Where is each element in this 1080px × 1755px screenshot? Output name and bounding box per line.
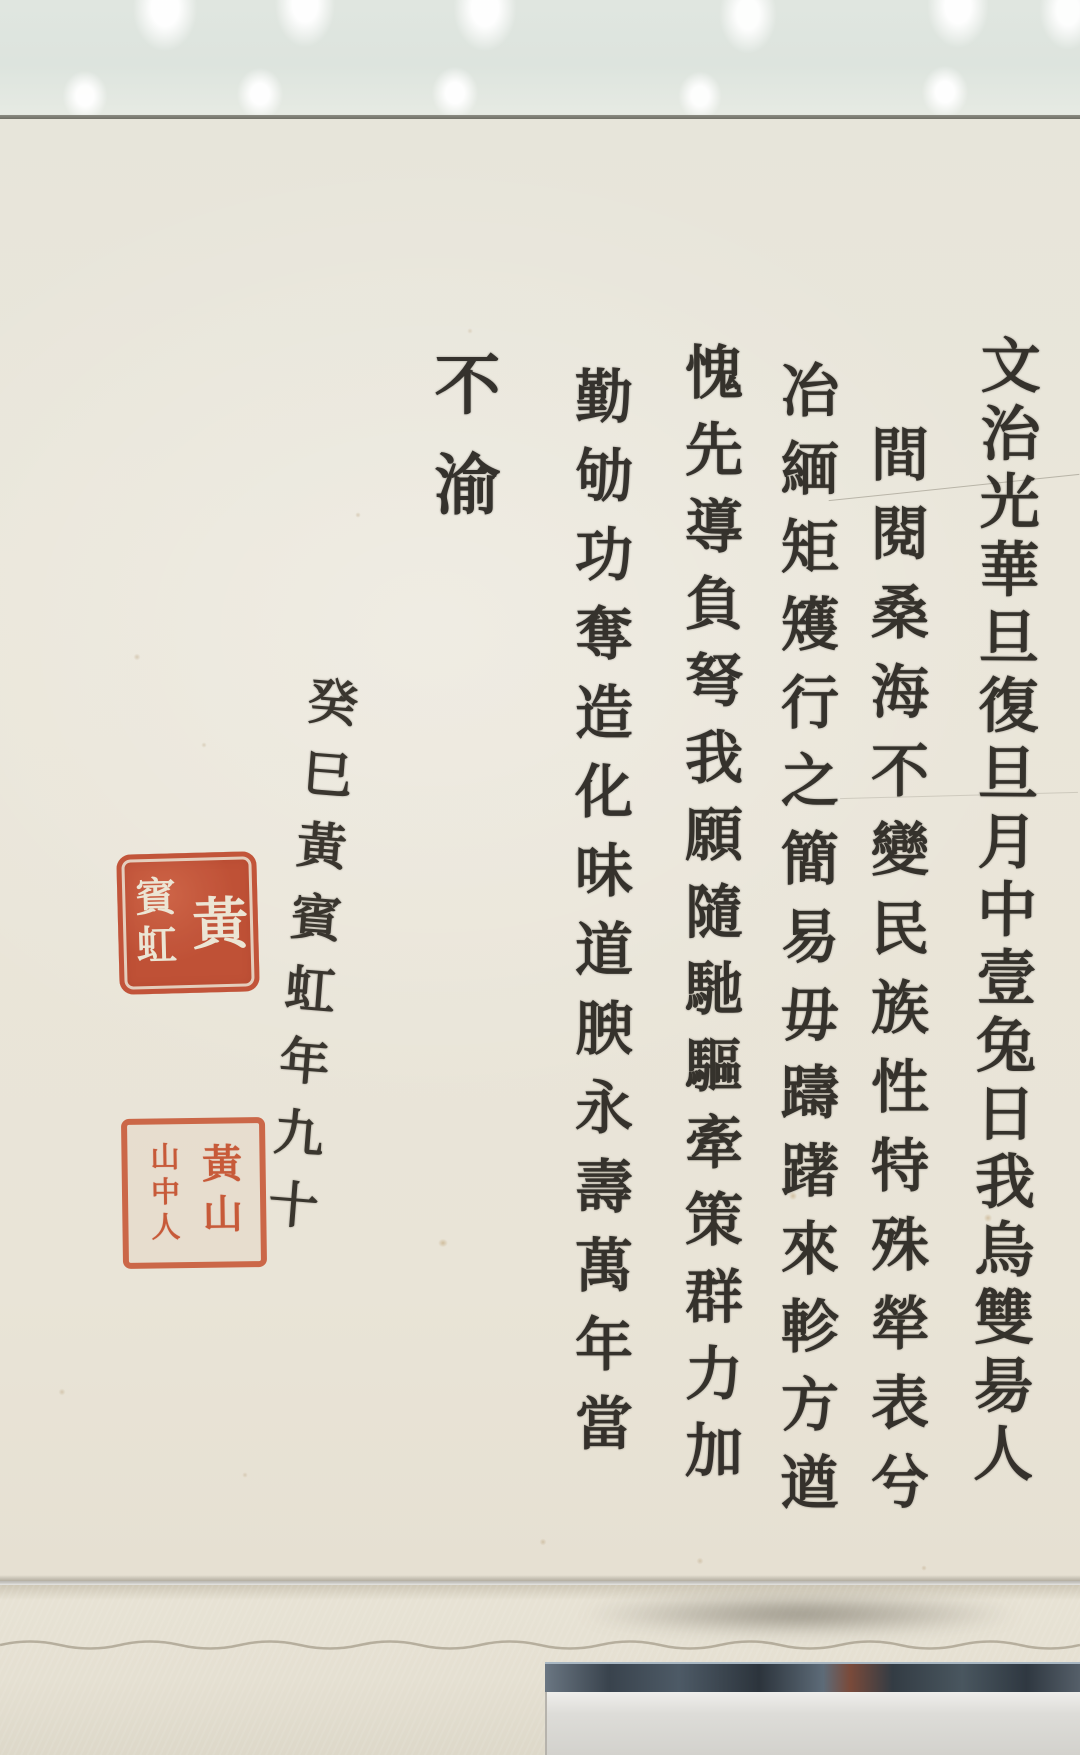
seal-text-left: 山中人 <box>148 1124 179 1262</box>
seal-huang-binhong: 黃 賓虹 <box>116 851 260 995</box>
calligraphy-column-3: 冶緬矩矱行之簡易毋躊躇來軫方遒 <box>776 360 834 1530</box>
calligraphy-column-4: 愧先導負弩我願隨馳驅牽策群力加 <box>680 342 738 1497</box>
glass-shadow <box>555 1591 1045 1637</box>
case-ledge-panel <box>545 1692 1080 1755</box>
mat-seam-line <box>0 1635 1080 1655</box>
display-case-photo: 文治光華旦復旦月中壹兔日我烏雙昜人 間閱桑海不變民族性特殊犖表兮 冶緬矩矱行之簡… <box>0 0 1080 1755</box>
artist-signature: 癸巳黃賓虹年九十 <box>261 674 356 1252</box>
display-lights <box>0 0 1080 118</box>
calligraphy-column-5: 勤劬功奪造化味道腴永壽萬年當 <box>570 366 628 1472</box>
frame-mat <box>0 1585 1080 1755</box>
seal-text-right: 黃山 <box>198 1123 240 1262</box>
calligraphy-column-2: 間閱桑海不變民族性特殊犖表兮 <box>866 424 924 1530</box>
seal-text-left: 賓虹 <box>131 853 175 994</box>
calligraphy-column-6: 不渝 <box>428 350 494 550</box>
calligraphy-column-1: 文治光華旦復旦月中壹兔日我烏雙昜人 <box>968 334 1036 1490</box>
seal-huangshan-shanzhongren: 黃山 山中人 <box>121 1117 267 1269</box>
case-glass-edge <box>545 1662 1080 1694</box>
seal-text-right: 黃 <box>185 852 245 993</box>
calligraphy-paper: 文治光華旦復旦月中壹兔日我烏雙昜人 間閱桑海不變民族性特殊犖表兮 冶緬矩矱行之簡… <box>0 119 1080 1581</box>
